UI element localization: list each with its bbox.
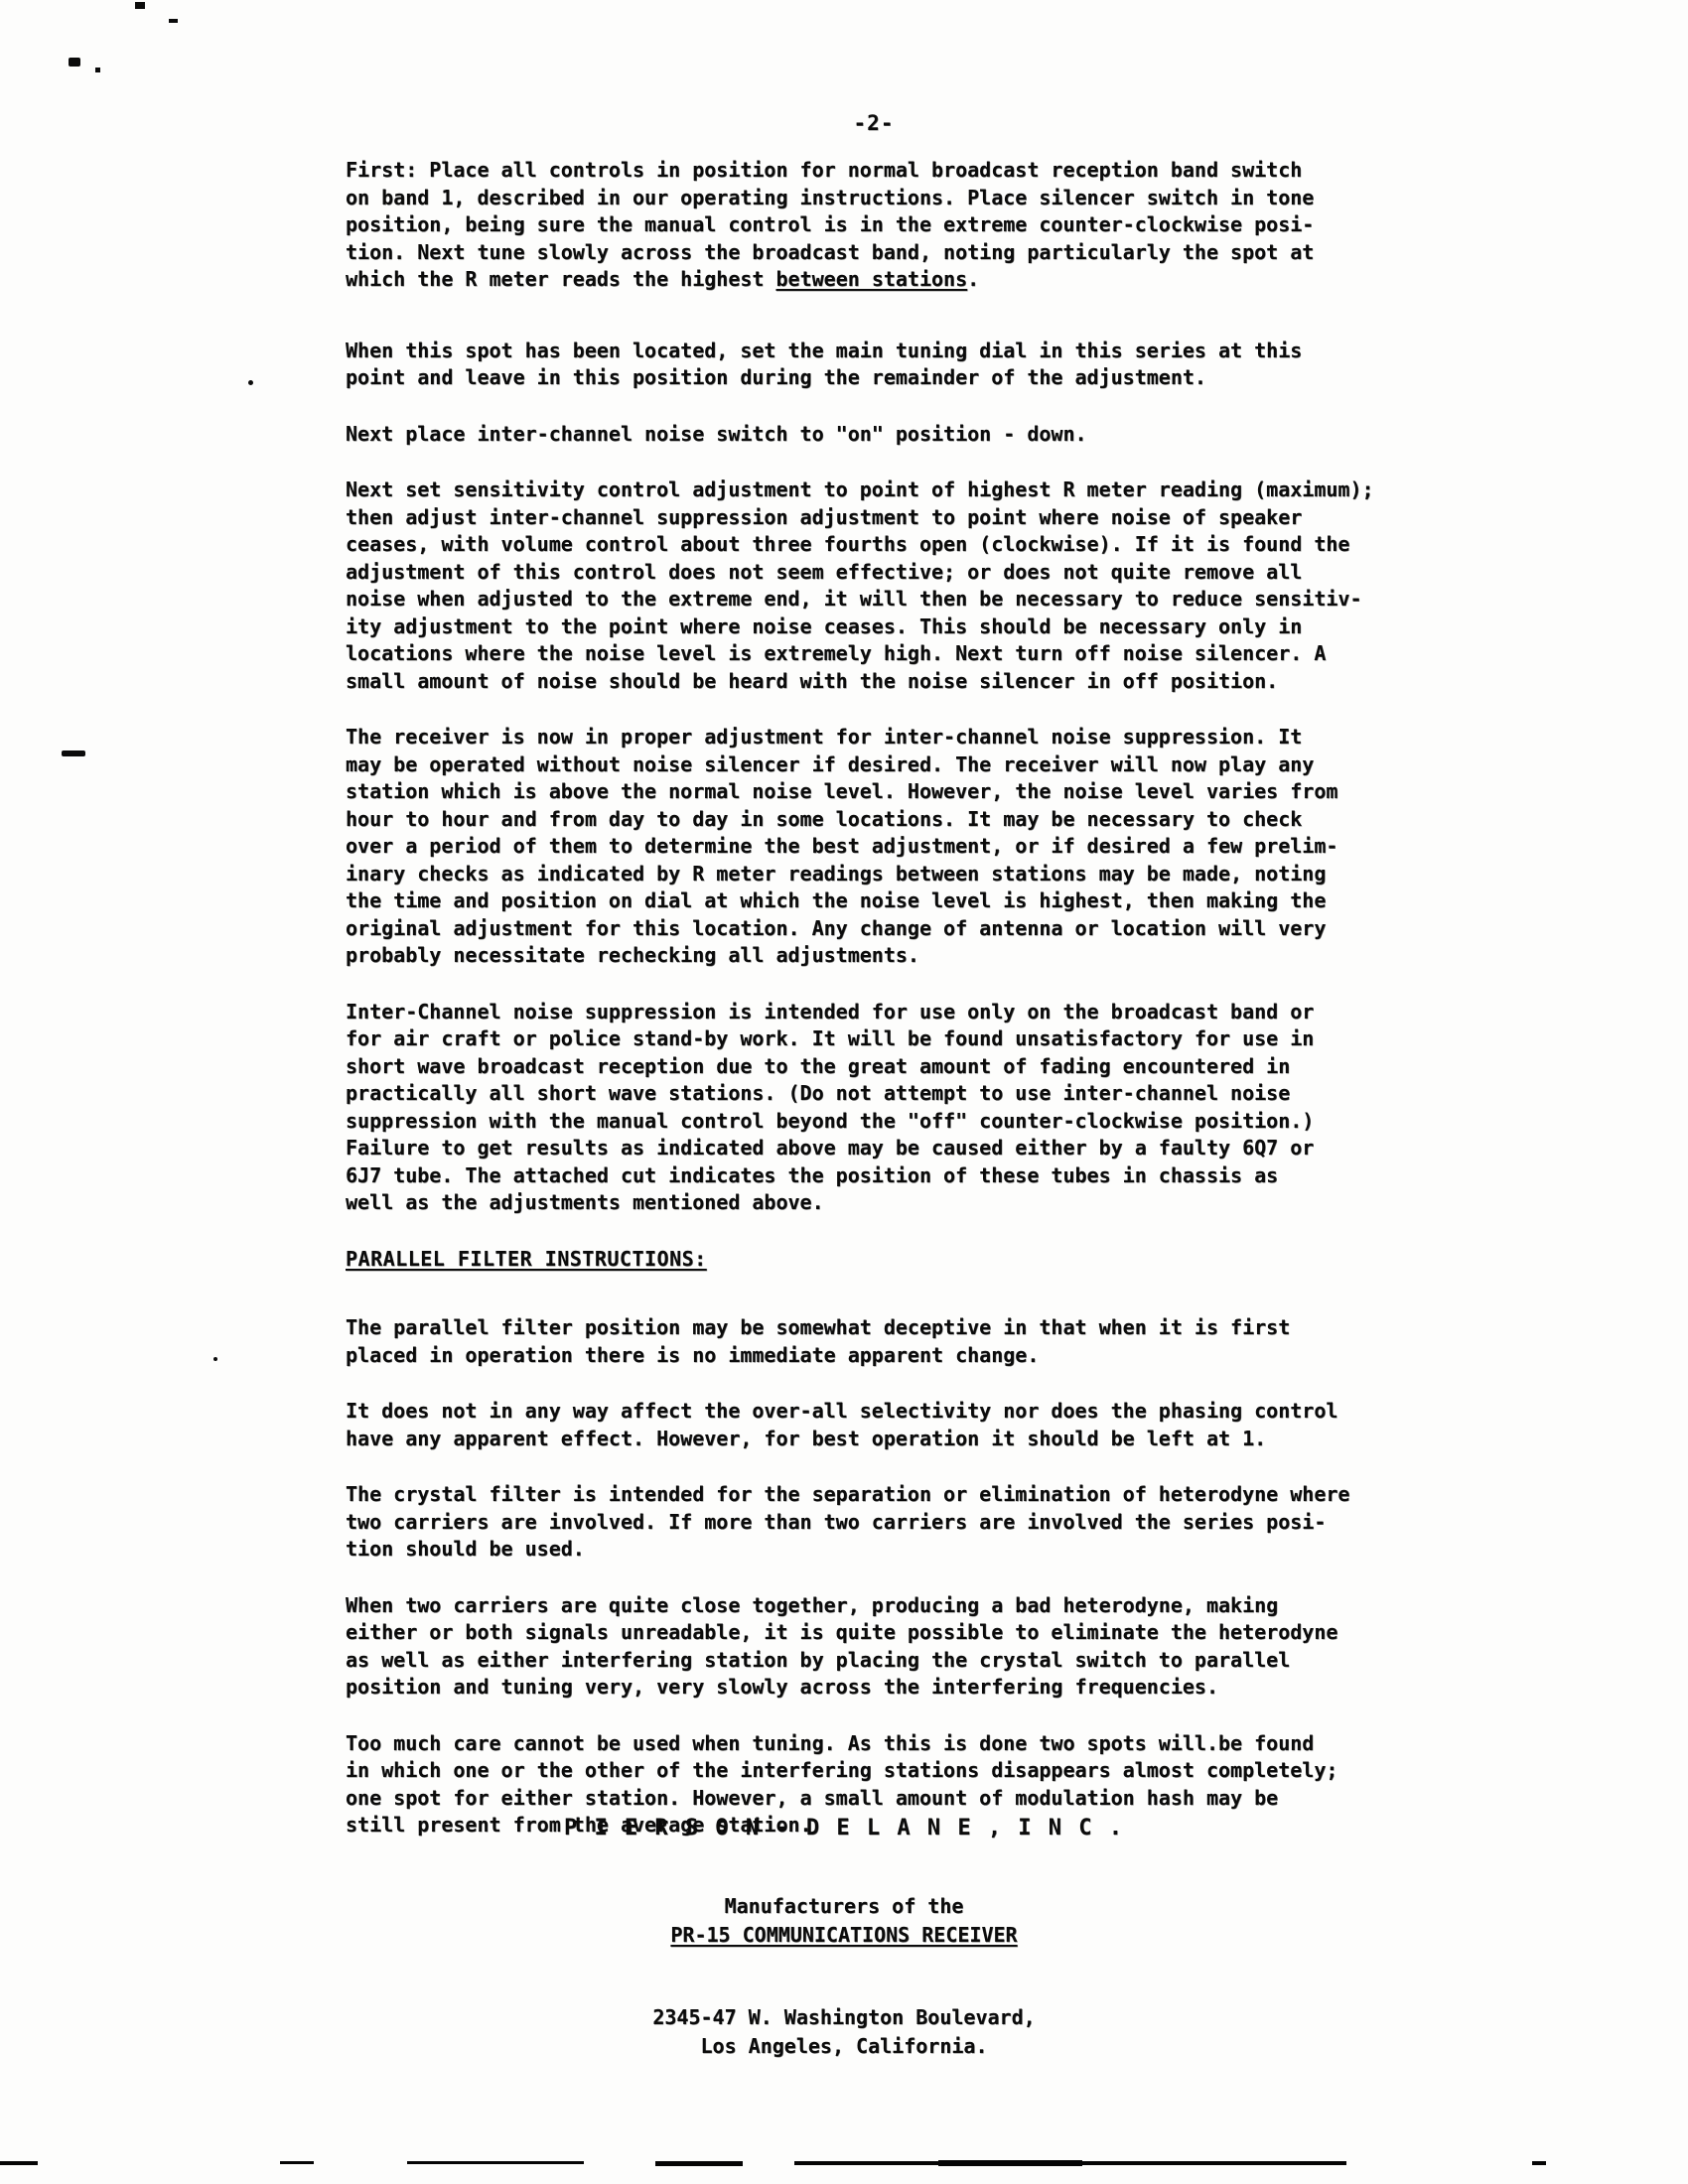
page-number: -2- xyxy=(0,111,1688,135)
paragraph-parallel-filter-deceptive: The parallel filter position may be some… xyxy=(346,1314,1468,1369)
manufacturer-line: Manufacturers of the xyxy=(0,1893,1688,1920)
paragraph-first-controls: First: Place all controls in position fo… xyxy=(346,157,1468,294)
paragraph-sensitivity-adjustment: Next set sensitivity control adjustment … xyxy=(346,477,1468,695)
scan-speck xyxy=(95,68,100,72)
scanned-document-page: -2- First: Place all controls in positio… xyxy=(0,0,1688,2184)
document-body: First: Place all controls in position fo… xyxy=(346,157,1468,1868)
scan-dash-mark xyxy=(62,751,85,756)
scan-line-artifact xyxy=(0,2161,38,2165)
scan-speck xyxy=(169,19,178,23)
paragraph-text: . xyxy=(967,267,979,291)
paragraph-two-carriers: When two carriers are quite close togeth… xyxy=(346,1592,1468,1702)
product-line: PR-15 COMMUNICATIONS RECEIVER xyxy=(0,1922,1688,1949)
address-city: Los Angeles, California. xyxy=(0,2033,1688,2060)
scan-speck xyxy=(248,380,253,385)
paragraph-noise-switch: Next place inter-channel noise switch to… xyxy=(346,421,1468,449)
paragraph-crystal-filter: The crystal filter is intended for the s… xyxy=(346,1481,1468,1564)
document-footer: P I E R S O N - D E L A N E , I N C . Ma… xyxy=(0,1815,1688,2060)
paragraph-receiver-adjustment: The receiver is now in proper adjustment… xyxy=(346,724,1468,970)
scan-line-artifact xyxy=(655,2161,743,2166)
company-name: P I E R S O N - D E L A N E , I N C . xyxy=(0,1815,1688,1842)
scan-line-artifact xyxy=(407,2161,584,2164)
scan-line-artifact xyxy=(938,2160,1082,2166)
scan-line-artifact xyxy=(1532,2161,1546,2165)
underlined-phrase: between stations xyxy=(775,267,967,291)
scan-speck xyxy=(135,2,145,9)
address-street: 2345-47 W. Washington Boulevard, xyxy=(0,2004,1688,2031)
paragraph-selectivity: It does not in any way affect the over-a… xyxy=(346,1398,1468,1452)
paragraph-interchannel-suppression: Inter-Channel noise suppression is inten… xyxy=(346,999,1468,1217)
scan-line-artifact xyxy=(280,2161,314,2164)
section-heading-parallel-filter: PARALLEL FILTER INSTRUCTIONS: xyxy=(346,1246,1468,1274)
scan-speck xyxy=(69,58,80,67)
scan-speck xyxy=(213,1357,217,1361)
paragraph-spot-located: When this spot has been located, set the… xyxy=(346,338,1468,392)
